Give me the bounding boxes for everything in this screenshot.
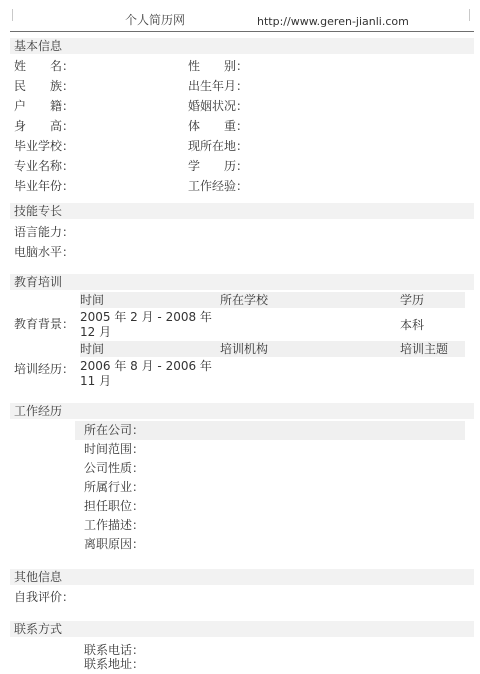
field-label-education-background: 教育背景： bbox=[10, 292, 80, 341]
field-label-work-experience: 工作经验： bbox=[188, 176, 474, 196]
basic-info-rows: 姓 名： 性 别： 民 族： 出生年月： 户 籍： 婚姻状况： 身 高： 体 重… bbox=[10, 56, 474, 196]
field-label-job-description: 工作描述： bbox=[75, 516, 465, 535]
field-label-contact-phone: 联系电话： bbox=[10, 643, 474, 657]
education-table-header: 时间 所在学校 学历 bbox=[80, 292, 465, 308]
section-title-skills: 技能专长 bbox=[10, 203, 474, 219]
basic-info-row: 专业名称： 学 历： bbox=[10, 156, 474, 176]
site-url-link[interactable]: http://www.geren-jianli.com bbox=[257, 15, 409, 28]
field-label-registered-residence: 户 籍： bbox=[10, 96, 188, 116]
column-header-school: 所在学校 bbox=[220, 292, 400, 308]
cell-degree: 本科 bbox=[400, 308, 465, 341]
education-background-table: 时间 所在学校 学历 2005 年 2 月 - 2008 年 12 月 本科 bbox=[80, 292, 465, 341]
field-label-leave-reason: 离职原因： bbox=[75, 535, 465, 554]
field-label-education-level: 学 历： bbox=[188, 156, 474, 176]
field-label-major: 专业名称： bbox=[10, 156, 188, 176]
section-title-contact: 联系方式 bbox=[10, 621, 474, 637]
column-header-training-org: 培训机构 bbox=[220, 341, 400, 357]
field-label-marital-status: 婚姻状况： bbox=[188, 96, 474, 116]
section-title-education: 教育培训 bbox=[10, 274, 474, 290]
field-label-current-location: 现所在地： bbox=[188, 136, 474, 156]
other-info-rows: 自我评价： bbox=[10, 587, 474, 607]
document-header: 个人简历网 http://www.geren-jianli.com bbox=[10, 0, 474, 32]
field-label-weight: 体 重： bbox=[188, 116, 474, 136]
skills-rows: 语言能力： 电脑水平： bbox=[10, 222, 474, 262]
resume-page: 个人简历网 http://www.geren-jianli.com 基本信息 姓… bbox=[0, 0, 480, 674]
basic-info-row: 姓 名： 性 别： bbox=[10, 56, 474, 76]
basic-info-row: 身 高： 体 重： bbox=[10, 116, 474, 136]
basic-info-row: 毕业学校： 现所在地： bbox=[10, 136, 474, 156]
training-table: 时间 培训机构 培训主题 2006 年 8 月 - 2006 年 11 月 bbox=[80, 341, 465, 390]
section-title-basic-info: 基本信息 bbox=[10, 38, 474, 54]
field-label-language-ability: 语言能力： bbox=[10, 222, 474, 242]
cell-school bbox=[220, 308, 400, 341]
training-table-header: 时间 培训机构 培训主题 bbox=[80, 341, 465, 357]
column-header-time: 时间 bbox=[80, 292, 220, 308]
field-label-ethnicity: 民 族： bbox=[10, 76, 188, 96]
field-label-name: 姓 名： bbox=[10, 56, 188, 76]
education-background-block: 教育背景： 时间 所在学校 学历 2005 年 2 月 - 2008 年 12 … bbox=[10, 292, 465, 341]
field-label-height: 身 高： bbox=[10, 116, 188, 136]
basic-info-row: 户 籍： 婚姻状况： bbox=[10, 96, 474, 116]
contact-rows: 联系电话： 联系地址： bbox=[10, 643, 474, 671]
section-title-work-experience: 工作经历 bbox=[10, 403, 474, 419]
field-label-company-type: 公司性质： bbox=[75, 459, 465, 478]
work-experience-rows: 所在公司： 时间范围： 公司性质： 所属行业： 担任职位： 工作描述： 离职原因… bbox=[10, 421, 474, 554]
field-label-graduate-school: 毕业学校： bbox=[10, 136, 188, 156]
cell-training-topic bbox=[400, 357, 465, 390]
training-table-row: 2006 年 8 月 - 2006 年 11 月 bbox=[80, 357, 465, 390]
left-border-tick bbox=[12, 9, 13, 21]
field-label-industry: 所属行业： bbox=[75, 478, 465, 497]
basic-info-row: 民 族： 出生年月： bbox=[10, 76, 474, 96]
cell-time-range: 2005 年 2 月 - 2008 年 12 月 bbox=[80, 308, 220, 341]
cell-training-org bbox=[220, 357, 400, 390]
field-label-time-range: 时间范围： bbox=[75, 440, 465, 459]
cell-time-range: 2006 年 8 月 - 2006 年 11 月 bbox=[80, 357, 220, 390]
section-title-other-info: 其他信息 bbox=[10, 569, 474, 585]
right-border-tick bbox=[469, 9, 470, 21]
basic-info-row: 毕业年份： 工作经验： bbox=[10, 176, 474, 196]
field-label-computer-skill: 电脑水平： bbox=[10, 242, 474, 262]
field-label-contact-address: 联系地址： bbox=[10, 657, 474, 671]
field-label-gender: 性 别： bbox=[188, 56, 474, 76]
field-label-self-evaluation: 自我评价： bbox=[10, 587, 474, 607]
site-name: 个人简历网 bbox=[125, 11, 185, 28]
field-label-company: 所在公司： bbox=[75, 421, 465, 440]
field-label-position: 担任职位： bbox=[75, 497, 465, 516]
column-header-degree: 学历 bbox=[400, 292, 465, 308]
education-table-row: 2005 年 2 月 - 2008 年 12 月 本科 bbox=[80, 308, 465, 341]
field-label-birth-date: 出生年月： bbox=[188, 76, 474, 96]
column-header-training-topic: 培训主题 bbox=[400, 341, 465, 357]
field-label-graduation-year: 毕业年份： bbox=[10, 176, 188, 196]
field-label-training-experience: 培训经历： bbox=[10, 341, 80, 390]
training-experience-block: 培训经历： 时间 培训机构 培训主题 2006 年 8 月 - 2006 年 1… bbox=[10, 341, 465, 390]
column-header-time: 时间 bbox=[80, 341, 220, 357]
